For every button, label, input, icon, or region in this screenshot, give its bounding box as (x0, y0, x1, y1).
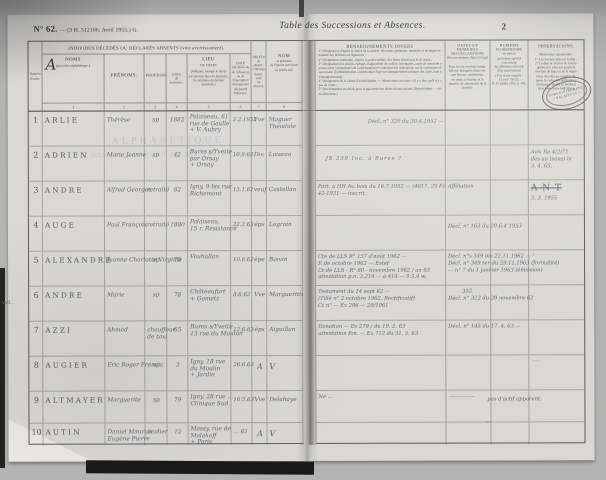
cell-numero-ordre: 7 (29, 322, 43, 357)
cell-profession: écolier (145, 423, 167, 445)
cell-numero-ordre: 3 (29, 182, 43, 217)
cell-gutter (303, 216, 316, 251)
cell-etat-civil: A (252, 423, 267, 446)
cell-observations (529, 422, 584, 445)
cell-date-deces: 13.1.62 (231, 181, 252, 216)
table-row: 6 ANDRE Marie sp 78 Châteaufort+ Gometz … (29, 285, 584, 321)
cell-epoux: Legrain (267, 216, 303, 251)
cell-age-naissance: 1880 (167, 216, 188, 251)
cell-etat-civil: Vve (252, 391, 267, 423)
cell-lieu-deces: Igny, 9 bis rueRichemont (188, 181, 231, 216)
col-header-renseignements: RENSEIGNEMENTS DIVERS 1° Désignation, d'… (315, 41, 445, 111)
cell-etat-civil: Vve (252, 111, 267, 146)
table-row: 2 ADRIEN Marie Jeanne sp 42 Bures s/Yvet… (29, 145, 584, 181)
cell-epoux: V (267, 423, 303, 446)
cell-observations (529, 320, 584, 355)
cell-dates-declarations: Décl. n° 163 du 20.6.4 1953 (446, 216, 491, 251)
cell-date-deces: 22.2.63 (231, 216, 252, 251)
cell-gutter (303, 321, 316, 356)
cell-profession: chauffeurde taxi (145, 321, 167, 356)
col-header-prenoms: PRÉNOMS. (105, 54, 145, 103)
col-header-dates-declarations: DATES ET NUMÉROS DES DÉCLARATIONS(les su… (445, 41, 490, 111)
cell-epoux: Loiseau (267, 146, 303, 181)
cell-nom: AUTIN (43, 424, 105, 446)
col-index-2: 2 (105, 103, 145, 111)
cell-observations (529, 250, 584, 285)
margin-note: vol. (2, 300, 12, 306)
table-row: 10 AUTIN Daniel MauriceEugène Pierre éco… (29, 422, 584, 445)
cell-dates-declarations (446, 111, 491, 146)
cell-profession: sp (145, 391, 167, 423)
cell-observations (529, 390, 584, 422)
cell-gutter (303, 391, 316, 423)
cell-renseignements (316, 423, 446, 446)
cell-numero-ordre: 1 (29, 112, 43, 147)
col-header-epoux: NOM et prénomsde l'époux survivantou pré… (266, 41, 302, 103)
page-title: Table des Successions et Absences. (247, 21, 457, 32)
col-header-numero-ordre: Numérosd'ordre. (28, 42, 42, 112)
cell-dates-declarations (446, 356, 491, 391)
cell-observations: A N T3. 3. 1955 (529, 180, 584, 215)
col-header-numero-repertoire: NUMÉRO DU RÉPERTOIREou renvoiau bureau s… (490, 40, 528, 110)
cell-epoux: Boivin (267, 251, 303, 286)
cell-nom: ARLIE (43, 112, 105, 147)
cell-nom: AZZI (43, 322, 105, 357)
col-index-1: 1 (43, 104, 105, 112)
cell-renseignements: JS 239 Inc. à Bures ? (316, 146, 446, 181)
cell-prenoms: Daniel MauriceEugène Pierre (105, 423, 145, 445)
cell-dates-declarations (446, 423, 491, 446)
cell-profession: sp (145, 251, 167, 286)
cell-date-deces: 26.6.63 (231, 356, 252, 391)
cell-age-naissance: 65 (167, 321, 188, 356)
cell-etat-civil: Div. (252, 146, 267, 181)
cell-nom: ANDRE (43, 287, 105, 322)
cell-lieu-deces: Châteaufort+ Gometz (188, 286, 231, 321)
cell-date-deces: 10.6.62 (231, 251, 252, 286)
cell-dates-declarations: Décl. n° 145 du 17. 4. 63 — (446, 321, 491, 356)
cell-epoux: MaguerThéodule (267, 111, 303, 146)
cell-numero-ordre: 9 (29, 392, 43, 424)
cell-profession: sp (145, 356, 167, 391)
cell-lieu-deces: Igny, 28 rue …Clinique Sud (188, 391, 231, 423)
cell-prenoms: Marie Jeanne (105, 146, 145, 181)
cell-observations: ⸺ (529, 355, 584, 390)
cell-etat-civil: épx (252, 216, 267, 251)
cell-epoux: Aiguillon (267, 321, 303, 356)
section-letter: A (46, 56, 57, 74)
cell-numero-repertoire (491, 215, 529, 250)
scanned-register-page: { "page": { "form_number": "N° 62.", "fo… (0, 0, 606, 480)
cell-dates-declarations: Affiliation (446, 181, 491, 216)
col-header-etat-civil: DÉCÉDÉ (E)ouabsent :célibataire,marié,ve… (251, 41, 266, 103)
cell-observations: Avis Re 4/2/71dès au (sans) le3. 4. 65. (529, 145, 584, 180)
cell-observations (529, 110, 584, 145)
cell-dates-declarations (446, 146, 491, 181)
cell-numero-ordre: 8 (29, 357, 43, 392)
col-index-3: 3 (145, 103, 167, 111)
cell-lieu-deces: Igny, 18 ruedu Moulin+ Jardin (188, 356, 231, 391)
cell-prenoms: Marie (105, 286, 145, 321)
cell-prenoms: Alfred Georges (105, 181, 145, 216)
cell-gutter (303, 286, 316, 321)
cell-observations (529, 215, 584, 250)
cell-numero-ordre: 4 (29, 217, 43, 252)
cell-numero-repertoire (491, 422, 529, 445)
cell-renseignements (316, 216, 446, 251)
cell-age-naissance: 82 (167, 181, 188, 216)
cell-epoux: Castellan (267, 181, 303, 216)
col-header-professions: PROFESSIONS. (145, 54, 167, 103)
cell-renseignements: Cte de LLS R° 157 d'août 1962 —P. de oct… (316, 251, 446, 286)
cell-etat-civil: épe (252, 251, 267, 286)
cell-lieu-deces: Palaiseau, 61rue de Gaulle+ V. Aubry (188, 111, 231, 146)
cell-renseignements: Donation — Ex 279 / du 19. 2. 63attestat… (316, 321, 446, 356)
cell-numero-repertoire (491, 110, 529, 145)
cell-age-naissance: 78 (167, 286, 188, 321)
book-spine-mark (299, 0, 304, 17)
cell-profession: sp (145, 146, 167, 181)
cell-gutter (303, 181, 316, 216)
cell-gutter (303, 356, 316, 391)
cell-gutter (303, 111, 316, 146)
page-number: 2 (501, 21, 506, 31)
cell-date-deces: 2.2.1952 (231, 111, 252, 146)
col-header-observations: OBSERVATIONS. ——Mentionner notamment :1°… (528, 40, 583, 110)
cell-lieu-deces: Bures s/Yvettepar Orsay+ Orsay (188, 146, 231, 181)
table-row: 8 AUGIER Eric Roger Francis sp 3 Igny, 1… (29, 355, 584, 391)
col-index-7: 7 (252, 103, 267, 111)
table-rows: 1 ARLIE Thérèse sp 1882 Palaiseau, 61rue… (29, 110, 585, 445)
table-row: 3 ANDRE Alfred Georges retraité 82 Igny,… (29, 180, 584, 216)
register-sheet: N° 62. — (3 H. 512106. Avril 1955.) G. T… (7, 13, 594, 462)
cell-prenoms: Marguerite (105, 391, 145, 423)
cell-profession: sp (145, 286, 167, 321)
table-row: 9 ALTMAYER Marguerite sp 79 Igny, 28 rue… (29, 390, 584, 423)
cell-date-deces: 8.6.62 (231, 286, 252, 321)
cell-profession: retraité (145, 181, 167, 216)
cell-numero-ordre: 5 (29, 252, 43, 287)
cell-renseignements: Testament du 14 sept 62 —(Tillé n° 2 oct… (316, 286, 446, 321)
cell-numero-ordre: 2 (29, 147, 43, 182)
cell-numero-repertoire (491, 180, 529, 215)
table-row: 1 ARLIE Thérèse sp 1882 Palaiseau, 61rue… (29, 110, 584, 146)
col-index-6: 6 (231, 103, 252, 111)
cell-observations (529, 285, 584, 320)
col-index-5: 5 (188, 103, 231, 111)
cell-numero-repertoire (491, 285, 529, 320)
cell-numero-repertoire: pas d'actif apparent. (485, 390, 529, 422)
register-table: Numérosd'ordre. INDIVIDUS DÉCÉDÉS OU DÉC… (27, 39, 585, 444)
cell-renseignements: Né … (316, 391, 446, 423)
cell-age-naissance: 42 (167, 146, 188, 181)
header-band: INDIVIDUS DÉCÉDÉS OU DÉCLARÉS ABSENTS (v… (42, 41, 251, 55)
cell-gutter (303, 251, 316, 286)
cell-renseignements (316, 356, 446, 391)
cell-nom: ADRIEN (43, 147, 105, 182)
table-row: 5 ALEXANDRE Jeanne Charlotte Virginie sp… (29, 250, 584, 286)
form-number: N° 62. — (3 H. 512106. Avril 1955.) G. (33, 23, 138, 33)
cell-etat-civil: épx (252, 321, 267, 356)
cell-dates-declarations: Décl. n°s 349 bis 22.11.1962 — ²Décl. n°… (446, 251, 491, 286)
cell-age-naissance: 12 (167, 423, 188, 445)
cell-prenoms: Paul François (105, 216, 145, 251)
cell-age-naissance: 70 (167, 251, 188, 286)
col-header-noms: A NOMS (par ordre alphabétique.) (43, 55, 105, 104)
cell-numero-repertoire (491, 250, 529, 285)
table-row: 4 AUGE Paul François retraité 1880 Palai… (29, 215, 584, 251)
scan-edge-shadow-left (0, 268, 5, 468)
cell-numero-repertoire (491, 145, 529, 180)
cell-renseignements: Part. à HH Av. bois du 16.7.1952 — (4617… (316, 181, 446, 216)
cell-lieu-deces: Massy, rue deMalakoff+ Paris (188, 423, 231, 446)
cell-nom: ALEXANDRE (43, 252, 105, 287)
cell-gutter (303, 423, 316, 446)
cell-date-deces: 16.5.63 (231, 391, 252, 423)
col-index-4: 4 (167, 103, 188, 111)
col-index-8: 8 (267, 103, 303, 111)
table-header: Numérosd'ordre. INDIVIDUS DÉCÉDÉS OU DÉC… (28, 40, 583, 111)
cell-epoux: Delahaye (267, 391, 303, 423)
cell-numero-ordre: 10 (29, 424, 43, 446)
cell-epoux: Margueritte (267, 286, 303, 321)
cell-nom: AUGIER (43, 357, 105, 392)
cell-profession: retraité (145, 216, 167, 251)
cell-prenoms: Jeanne Charlotte Virginie (105, 251, 145, 286)
table-row: 7 AZZI Ahmed chauffeurde taxi 65 Bures s… (29, 320, 584, 356)
cell-numero-ordre: 6 (29, 287, 43, 322)
cell-numero-repertoire (491, 355, 529, 390)
cell-nom: ANDRE (43, 182, 105, 217)
cell-lieu-deces: Bures s/Yvette13 rue du Moulon (188, 321, 231, 356)
col-header-date-naissance: DATEdenaissance. (167, 54, 188, 103)
cell-prenoms: Ahmed (105, 321, 145, 356)
cell-prenoms: Eric Roger Francis (105, 356, 145, 391)
cell-date-deces: 10.9.62 (231, 146, 252, 181)
cell-gutter (303, 146, 316, 181)
cell-age-naissance: 3 (167, 356, 188, 391)
col-header-lieu-deces: LIEU DU DÉCÈS (Indiquer, lorsque le décè… (188, 54, 231, 103)
cell-renseignements: Décl. n° 320 du 30.4.1952 — (316, 111, 446, 146)
form-reference: — (3 H. 512106. Avril 1955.) G. (60, 27, 138, 33)
scan-edge-shadow-bottom (86, 460, 314, 475)
cell-date-deces: … 63 (231, 423, 252, 446)
cell-nom: AUGE (43, 217, 105, 252)
cell-numero-repertoire (491, 320, 529, 355)
cell-profession: sp (145, 111, 167, 146)
cell-lieu-deces: Vauhallan (188, 251, 231, 286)
page-gutter (302, 41, 315, 111)
cell-etat-civil: veuf (252, 181, 267, 216)
cell-nom: ALTMAYER (43, 392, 105, 424)
col-header-date-deces: DATE(du décès oude l'absence)ou del'insc… (231, 54, 252, 103)
cell-etat-civil: Vve (252, 286, 267, 321)
cell-dates-declarations: 352Décl. n° 322 du 20 novembre 62 (446, 286, 491, 321)
cell-epoux: V (267, 356, 303, 391)
cell-lieu-deces: Palaiseau,15 r. Résistance (188, 216, 231, 251)
cell-age-naissance: 79 (167, 391, 188, 423)
cell-date-deces: 12.6.63 (231, 321, 252, 356)
cell-prenoms: Thérèse (105, 111, 145, 146)
cell-age-naissance: 1882 (167, 111, 188, 146)
cell-etat-civil: A (252, 356, 267, 391)
